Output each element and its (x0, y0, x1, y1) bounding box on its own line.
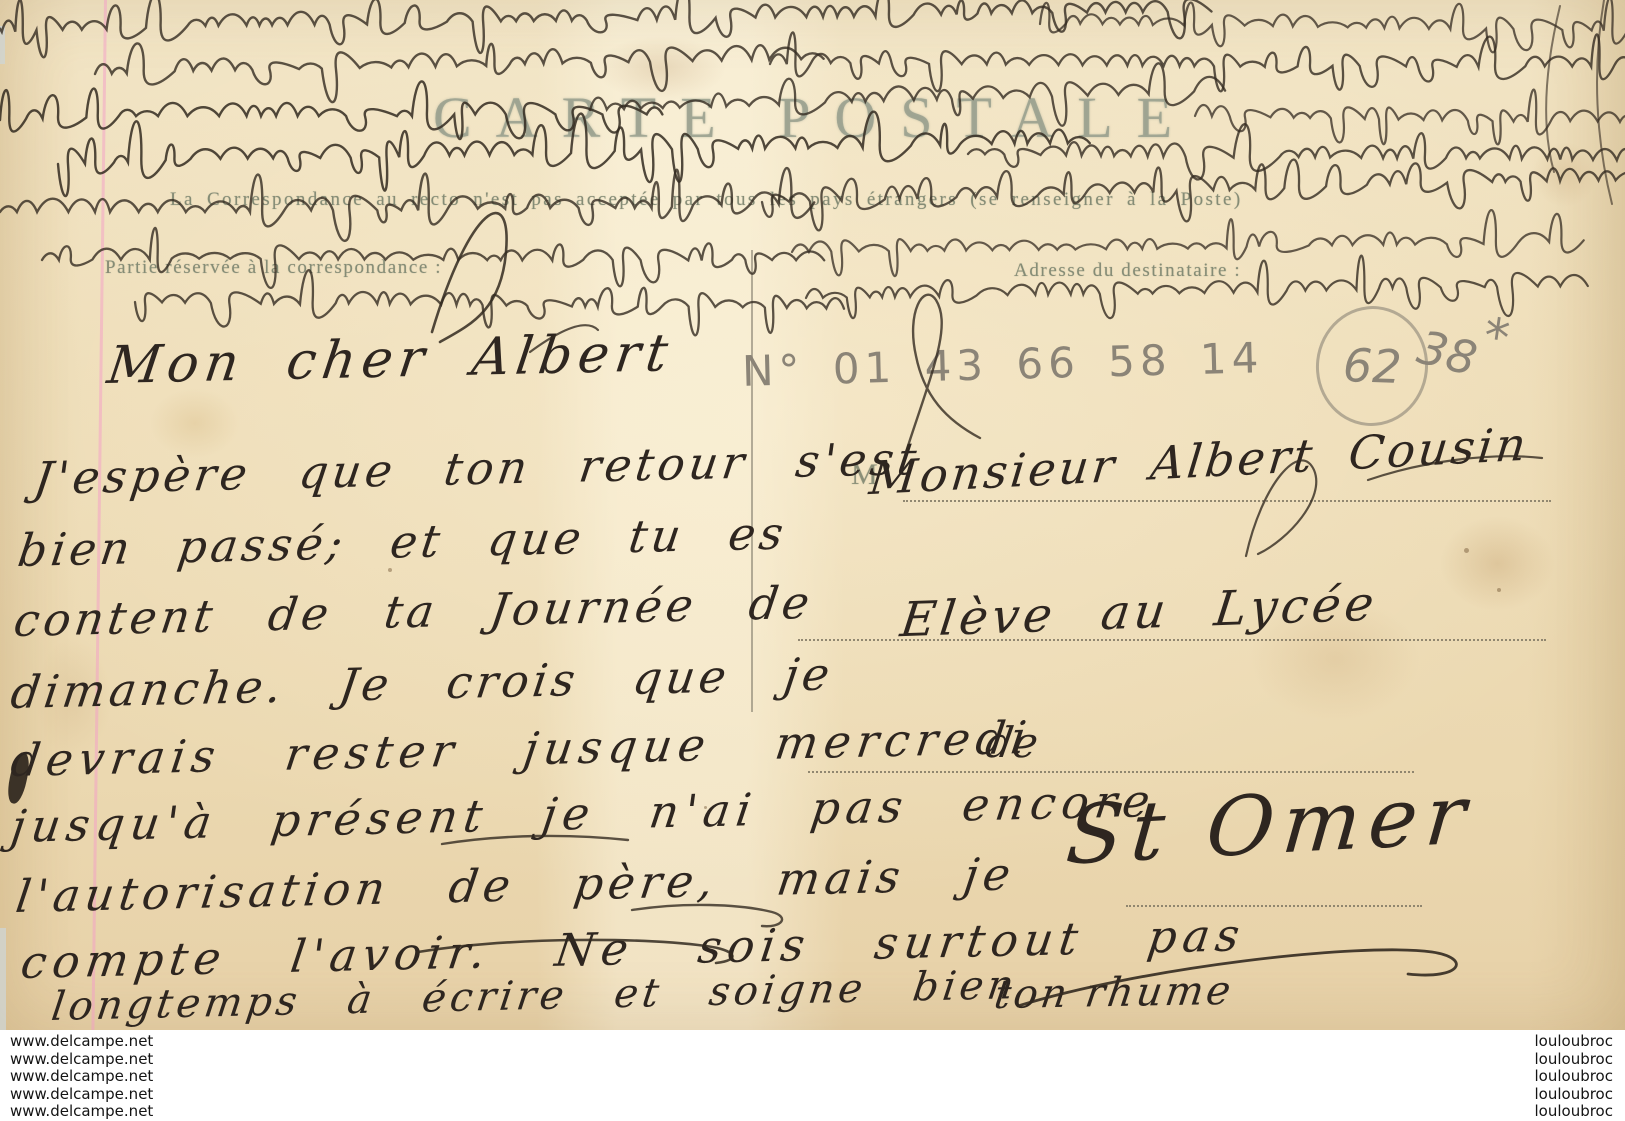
message-line-6: jusqu'à présent je n'ai pas encore (8, 774, 1159, 853)
scanned-postcard-back: CARTE POSTALE La Correspondance au recto… (0, 0, 1625, 1121)
address-city: St Omer (1063, 767, 1478, 883)
paper-speck (388, 568, 392, 572)
message-line-2: bien passé; et que tu es (15, 507, 791, 577)
pencil-circled-number-value: 62 (1342, 338, 1402, 394)
address-section-label: Adresse du destinataire : (1014, 260, 1241, 282)
paper-stain (1440, 516, 1555, 611)
paper-stain (1532, 142, 1597, 207)
scan-edge (0, 928, 6, 1030)
address-dotted-line-4 (1126, 905, 1422, 907)
postcard-paper: CARTE POSTALE La Correspondance au recto… (0, 0, 1625, 1030)
correspondence-section-label: Partie réservée à la correspondance : (105, 257, 442, 279)
address-de: de (982, 718, 1042, 767)
pencil-asterisk: * (1480, 307, 1513, 368)
message-line-4: dimanche. Je crois que je (8, 647, 837, 719)
pencil-phone-number: N° 01 43 66 58 14 (741, 333, 1263, 396)
paper-speck (1497, 588, 1501, 592)
address-dotted-line-3 (808, 771, 1414, 773)
carte-postale-title: CARTE POSTALE (433, 84, 1196, 151)
message-salutation: Mon cher Albert (104, 323, 677, 396)
message-line-5: devrais rester jusque mercredi (8, 711, 1035, 787)
address-recipient-name: Monsieur Albert Cousin (867, 417, 1532, 505)
postal-notice: La Correspondance au recto n'est pas acc… (170, 189, 1243, 211)
message-line-3: content de ta Journée de (11, 576, 817, 647)
watermark-louloubroc: louloubroc louloubroc louloubroc louloub… (1535, 1033, 1614, 1121)
paper-speck (1464, 548, 1469, 553)
message-closing: ton rhume (991, 968, 1236, 1018)
scan-edge (0, 26, 5, 64)
address-dotted-line-1 (903, 500, 1551, 502)
watermark-band: www.delcampe.net www.delcampe.net www.de… (0, 1030, 1625, 1121)
watermark-delcampe: www.delcampe.net www.delcampe.net www.de… (10, 1033, 153, 1121)
message-line-7: l'autorisation de père, mais je (13, 847, 1019, 923)
